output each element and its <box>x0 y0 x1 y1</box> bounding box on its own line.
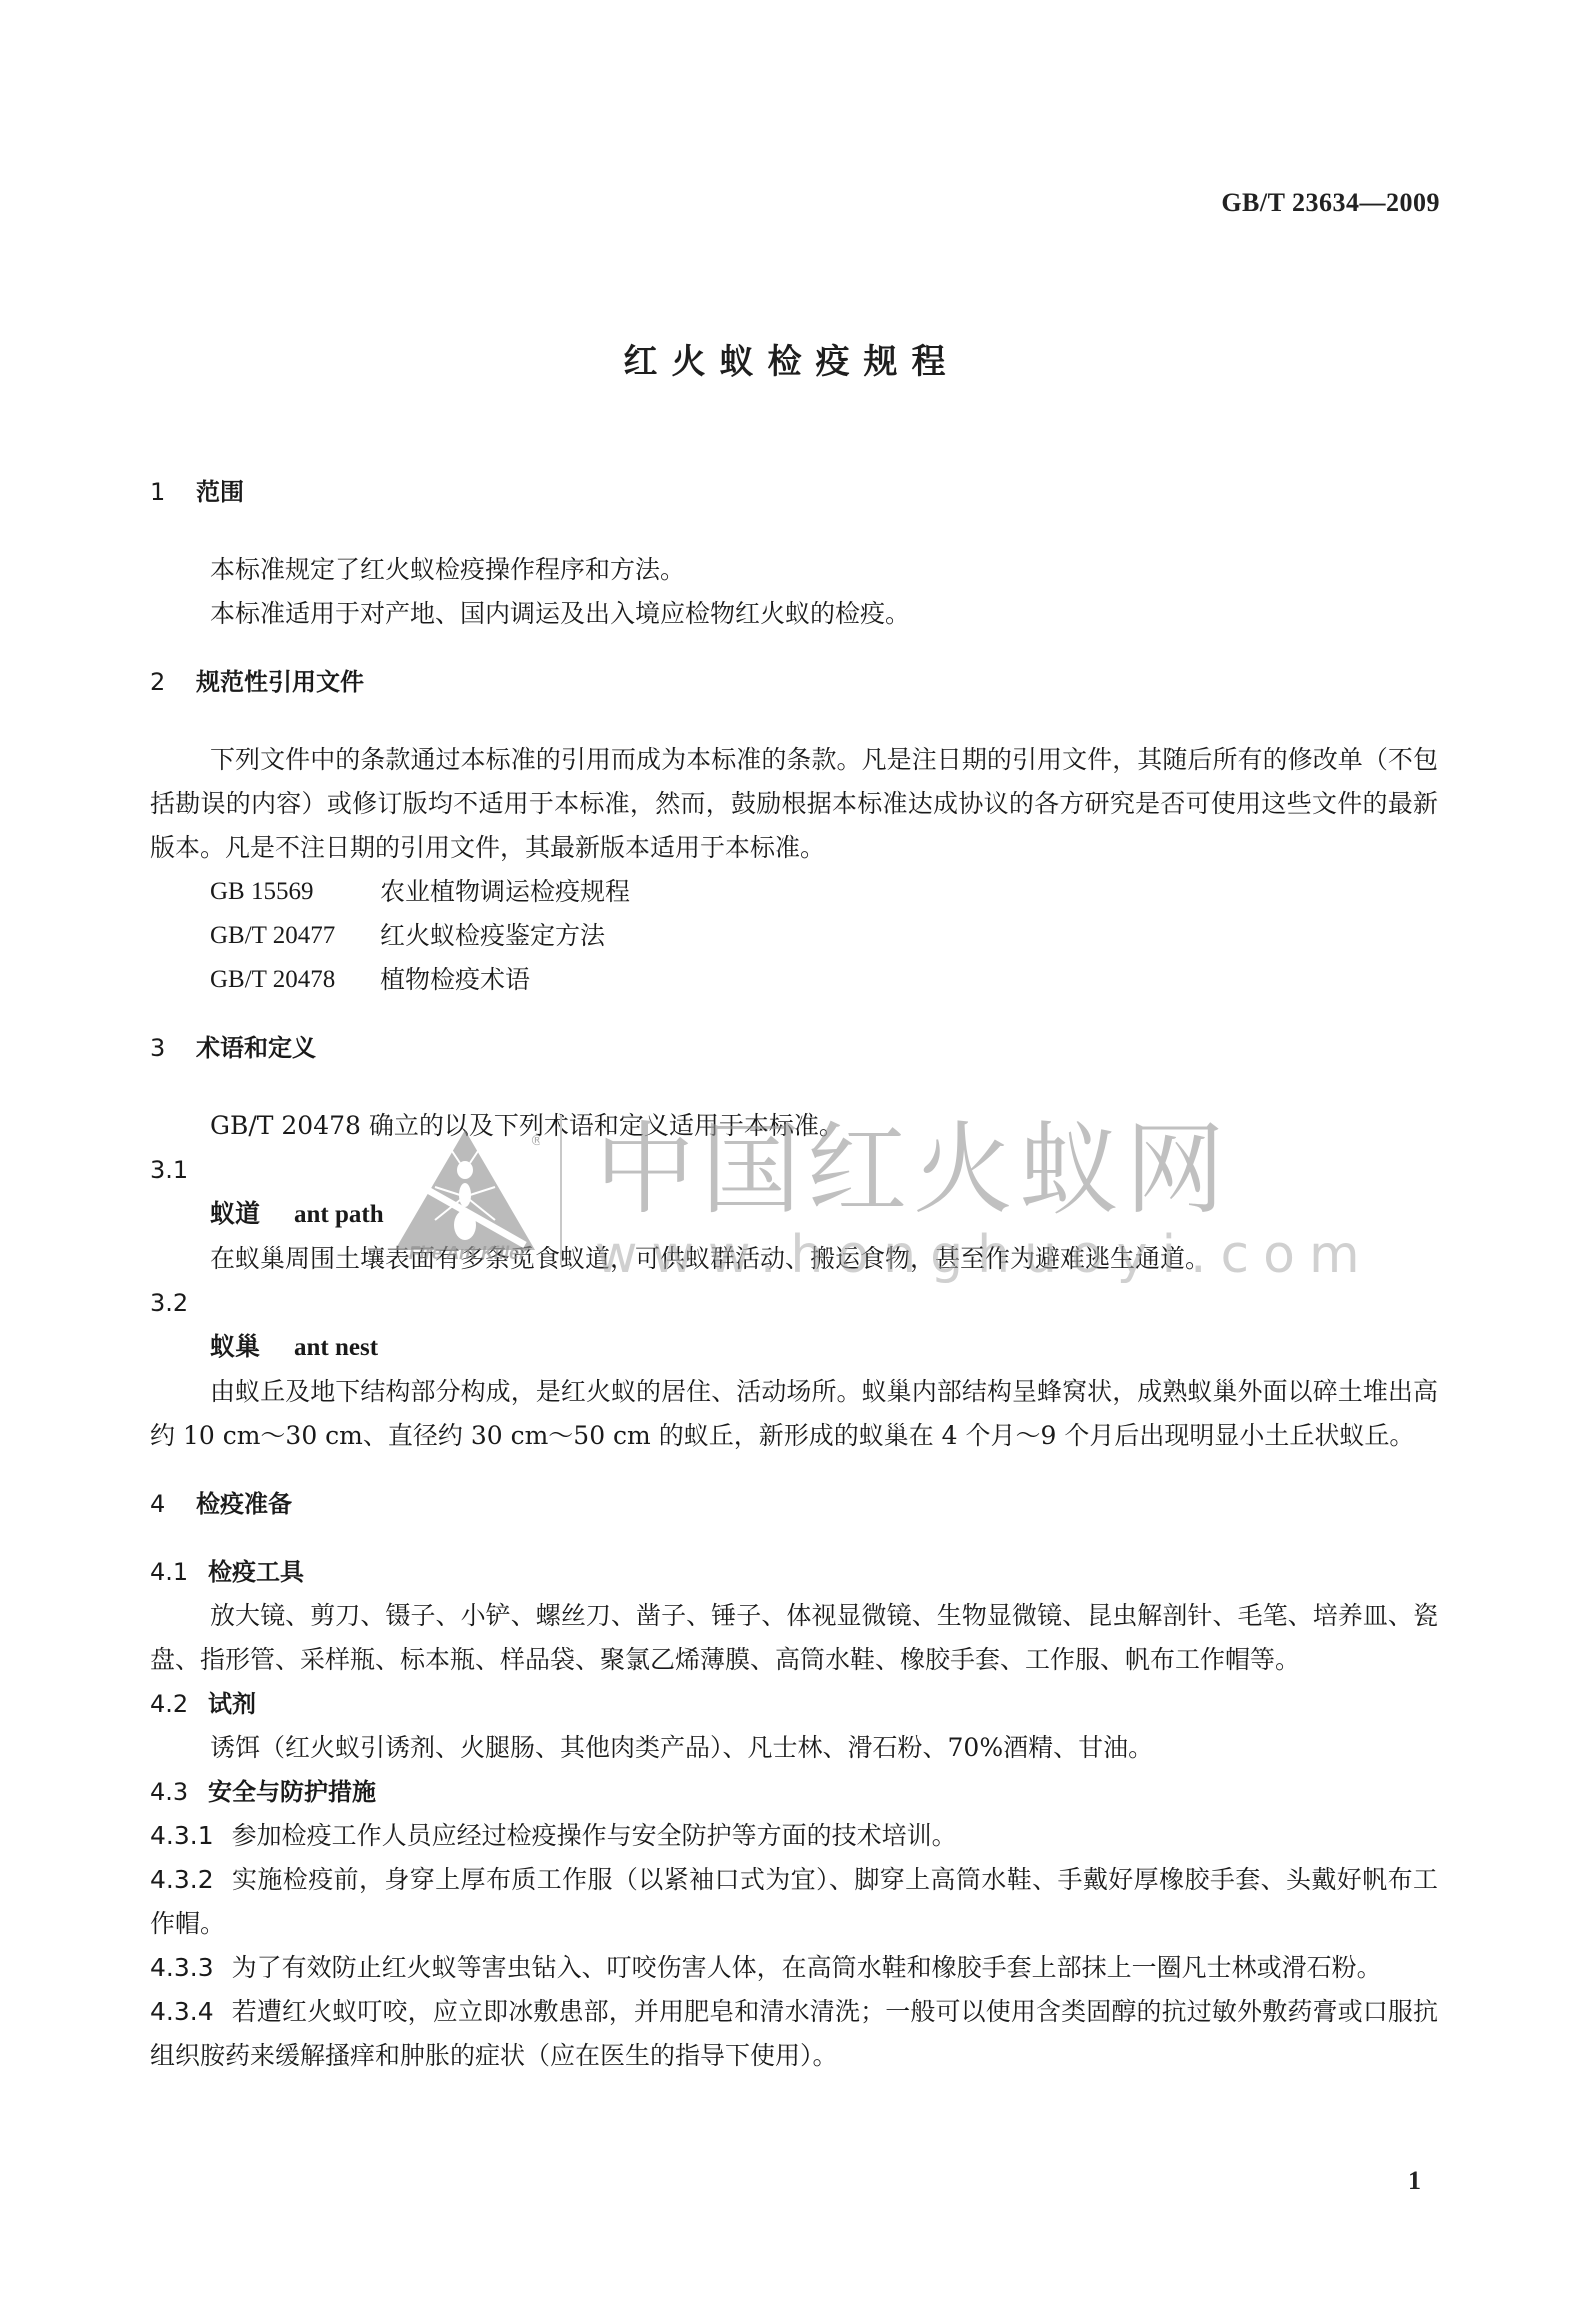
section-1-heading: 1 范围 <box>150 470 1438 514</box>
term-heading: 蚁道ant path <box>150 1192 1438 1237</box>
clause-4-3-3: 4.3.3为了有效防止红火蚁等害虫钻入、叮咬伤害人体，在高筒水鞋和橡胶手套上部抹… <box>150 1946 1438 1990</box>
term-number: 3.1 <box>150 1148 1438 1192</box>
subsection-number: 4.1 <box>150 1550 208 1594</box>
section-number: 4 <box>150 1482 196 1526</box>
clause-text: 实施检疫前，身穿上厚布质工作服（以紧袖口式为宜）、脚穿上高筒水鞋、手戴好厚橡胶手… <box>150 1865 1438 1938</box>
term-en: ant nest <box>294 1334 378 1361</box>
clause-text: 若遭红火蚁叮咬，应立即冰敷患部，并用肥皂和清水清洗；一般可以使用含类固醇的抗过敏… <box>150 1997 1438 2070</box>
standard-code: GB/T 23634—2009 <box>1221 188 1440 218</box>
clause-number: 4.3.3 <box>150 1953 214 1982</box>
normative-reference: GB/T 20477 红火蚁检疫鉴定方法 <box>150 914 1438 958</box>
page-number: 1 <box>1408 2166 1421 2196</box>
paragraph: GB/T 20478 确立的以及下列术语和定义适用于本标准。 <box>150 1104 1438 1148</box>
paragraph: 本标准规定了红火蚁检疫操作程序和方法。 <box>150 548 1438 592</box>
normative-reference: GB 15569 农业植物调运检疫规程 <box>150 870 1438 914</box>
clause-4-3-1: 4.3.1参加检疫工作人员应经过检疫操作与安全防护等方面的技术培训。 <box>150 1814 1438 1858</box>
subsection-4-3-heading: 4.3 安全与防护措施 <box>150 1770 1438 1814</box>
term-definition: 由蚁丘及地下结构部分构成，是红火蚁的居住、活动场所。蚁巢内部结构呈蜂窝状，成熟蚁… <box>150 1370 1438 1458</box>
paragraph: 本标准适用于对产地、国内调运及出入境应检物红火蚁的检疫。 <box>150 592 1438 636</box>
term-heading: 蚁巢ant nest <box>150 1325 1438 1370</box>
paragraph: 诱饵（红火蚁引诱剂、火腿肠、其他肉类产品）、凡士林、滑石粉、70%酒精、甘油。 <box>150 1726 1438 1770</box>
reference-code: GB 15569 <box>210 870 380 914</box>
reference-code: GB/T 20477 <box>210 914 380 958</box>
subsection-4-1-heading: 4.1 检疫工具 <box>150 1550 1438 1594</box>
clause-number: 4.3.4 <box>150 1997 214 2026</box>
reference-name: 红火蚁检疫鉴定方法 <box>380 914 605 958</box>
section-title: 范围 <box>196 470 244 514</box>
clause-text: 参加检疫工作人员应经过检疫操作与安全防护等方面的技术培训。 <box>232 1821 957 1850</box>
clause-number: 4.3.2 <box>150 1865 214 1894</box>
term-definition: 在蚁巢周围土壤表面有多条觅食蚁道，可供蚁群活动、搬运食物，甚至作为避难逃生通道。 <box>150 1237 1438 1281</box>
clause-number: 4.3.1 <box>150 1821 214 1850</box>
paragraph: 放大镜、剪刀、镊子、小铲、螺丝刀、凿子、锤子、体视显微镜、生物显微镜、昆虫解剖针… <box>150 1594 1438 1682</box>
subsection-number: 4.3 <box>150 1770 208 1814</box>
document-body: 1 范围 本标准规定了红火蚁检疫操作程序和方法。 本标准适用于对产地、国内调运及… <box>150 470 1438 2078</box>
clause-4-3-2: 4.3.2实施检疫前，身穿上厚布质工作服（以紧袖口式为宜）、脚穿上高筒水鞋、手戴… <box>150 1858 1438 1946</box>
clause-text: 为了有效防止红火蚁等害虫钻入、叮咬伤害人体，在高筒水鞋和橡胶手套上部抹上一圈凡士… <box>232 1953 1382 1982</box>
reference-name: 农业植物调运检疫规程 <box>380 870 630 914</box>
paragraph: 下列文件中的条款通过本标准的引用而成为本标准的条款。凡是注日期的引用文件，其随后… <box>150 738 1438 870</box>
section-title: 检疫准备 <box>196 1482 292 1526</box>
section-4-heading: 4 检疫准备 <box>150 1482 1438 1526</box>
term-cn: 蚁道 <box>210 1199 260 1228</box>
subsection-title: 试剂 <box>208 1682 256 1726</box>
section-3-heading: 3 术语和定义 <box>150 1026 1438 1070</box>
document-page: GB/T 23634—2009 红火蚁检疫规程 1 范围 本标准规定了红火蚁检疫… <box>0 0 1583 2322</box>
section-2-heading: 2 规范性引用文件 <box>150 660 1438 704</box>
section-number: 1 <box>150 470 196 514</box>
section-title: 规范性引用文件 <box>196 660 364 704</box>
term-cn: 蚁巢 <box>210 1332 260 1361</box>
term-en: ant path <box>294 1201 384 1228</box>
subsection-number: 4.2 <box>150 1682 208 1726</box>
page-title: 红火蚁检疫规程 <box>0 334 1583 383</box>
clause-4-3-4: 4.3.4若遭红火蚁叮咬，应立即冰敷患部，并用肥皂和清水清洗；一般可以使用含类固… <box>150 1990 1438 2078</box>
section-title: 术语和定义 <box>196 1026 316 1070</box>
normative-reference: GB/T 20478 植物检疫术语 <box>150 958 1438 1002</box>
subsection-title: 安全与防护措施 <box>208 1770 376 1814</box>
subsection-title: 检疫工具 <box>208 1550 304 1594</box>
subsection-4-2-heading: 4.2 试剂 <box>150 1682 1438 1726</box>
section-number: 3 <box>150 1026 196 1070</box>
term-number: 3.2 <box>150 1281 1438 1325</box>
section-number: 2 <box>150 660 196 704</box>
reference-name: 植物检疫术语 <box>380 958 530 1002</box>
reference-code: GB/T 20478 <box>210 958 380 1002</box>
